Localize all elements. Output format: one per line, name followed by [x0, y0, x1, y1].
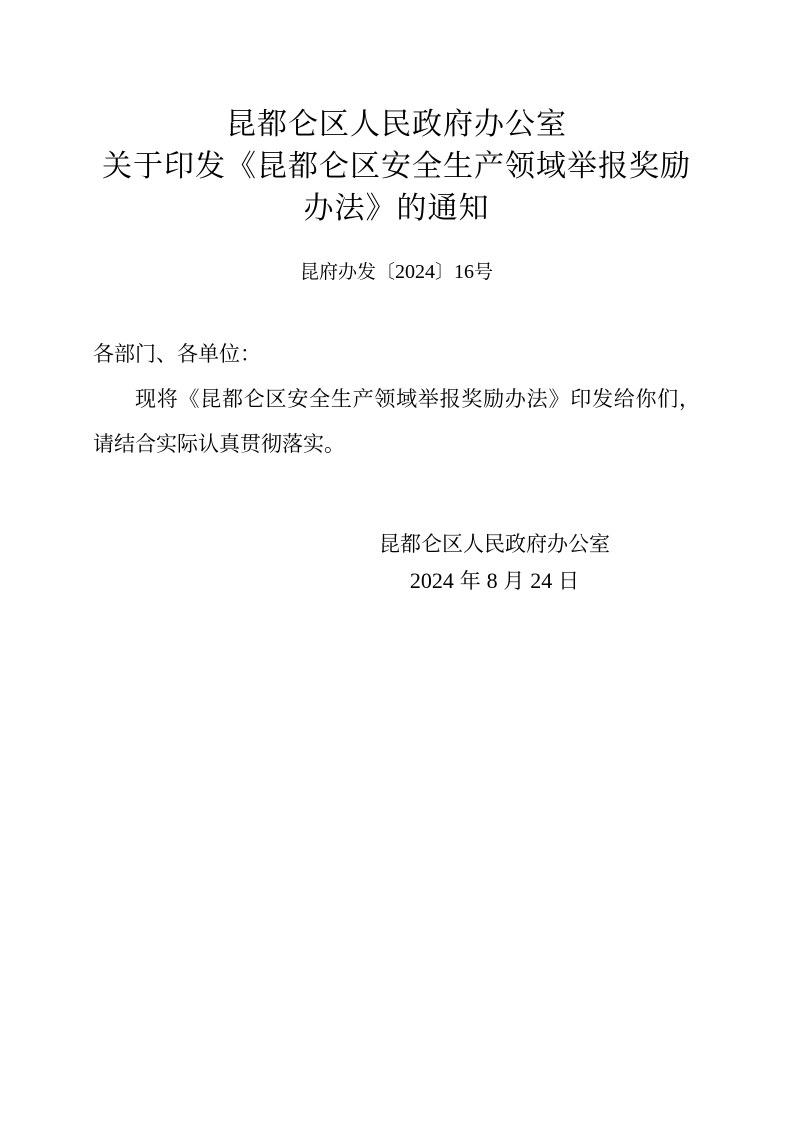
doc-number-year: 2024: [395, 261, 435, 283]
signature-block: 昆都仑区人民政府办公室 2024 年 8 月 24 日: [379, 527, 610, 600]
doc-number-prefix: 昆府办发〔: [300, 262, 395, 283]
date-day-unit: 日: [558, 570, 579, 593]
document-number: 昆府办发〔2024〕16号: [93, 258, 700, 287]
body-paragraph: 现将《昆都仑区安全生产领域举报奖励办法》印发给你们，请结合实际认真贯彻落实。: [93, 377, 700, 467]
doc-number-value: 16: [454, 261, 474, 283]
date-day: 24: [530, 568, 552, 593]
title-line-2: 关于印发《昆都仑区安全生产领域举报奖励: [93, 146, 700, 188]
document-body: 各部门、各单位： 现将《昆都仑区安全生产领域举报奖励办法》印发给你们，请结合实际…: [93, 332, 700, 467]
signature-org: 昆都仑区人民政府办公室: [379, 527, 610, 563]
doc-number-closing-bracket: 〕: [435, 262, 454, 283]
doc-number-suffix: 号: [474, 262, 493, 283]
date-month: 8: [487, 568, 498, 593]
date-month-unit: 月: [503, 570, 524, 593]
date-year: 2024: [410, 568, 454, 593]
date-year-unit: 年: [460, 570, 481, 593]
salutation: 各部门、各单位：: [93, 332, 700, 377]
document-title: 昆都仑区人民政府办公室 关于印发《昆都仑区安全生产领域举报奖励 办法》的通知: [93, 104, 700, 230]
document-page: 昆都仑区人民政府办公室 关于印发《昆都仑区安全生产领域举报奖励 办法》的通知 昆…: [0, 0, 793, 1122]
signature-date: 2024 年 8 月 24 日: [379, 563, 610, 600]
title-line-1: 昆都仑区人民政府办公室: [93, 104, 700, 146]
title-line-3: 办法》的通知: [93, 188, 700, 230]
